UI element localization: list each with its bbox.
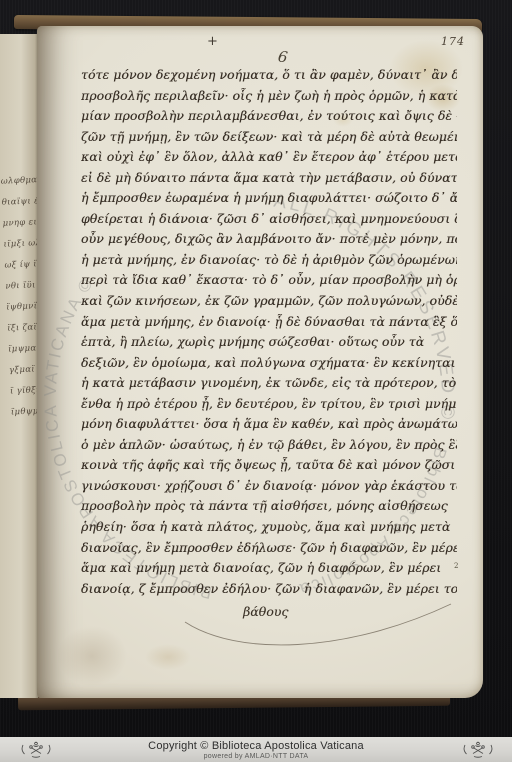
catchword: βάθους [243, 604, 288, 619]
manuscript-line: διανοίᾳ, ζ ἔμπροσθεν ἐδήλου· ζῶν ἡ διαφα… [81, 581, 457, 602]
facing-page-line: μνηφ ειλι [2, 217, 38, 240]
manuscript-line: γινώσκουσι· χρῄζουσι δ᾽ ἐν διανοίᾳ· μόνο… [81, 478, 457, 499]
manuscript-line: ζῶν τῇ μνήμῃ, ἓν τῶν δείξεων· καὶ τὰ μέρ… [81, 129, 457, 150]
manuscript-line: ἡ μετὰ μνήμης, ἐν διανοίας· τὸ δὲ ἡ ἀριθ… [81, 252, 457, 273]
top-cross-mark: + [207, 34, 218, 49]
paper-stain [57, 626, 127, 686]
facing-page-line: ϊμθψμι ε [11, 406, 38, 429]
manuscript-line: καὶ οὐχὶ ἐφ᾽ ἓν ὅλον, ἀλλὰ καθ᾽ ἓν ἕτερο… [81, 149, 457, 170]
facing-page-line: γξμαϊ ωι [9, 364, 38, 387]
manuscript-line: δεξιῶν, ἓν ὁμοίωμα, καὶ πολύγωνα σχήματα… [81, 355, 457, 376]
facing-page-line: θιαϊψι έ γ [2, 196, 38, 219]
facing-page-line: ϊψθμνϊ [6, 301, 38, 324]
facing-page-line: ϊξι ζαϊω ϊν [7, 322, 38, 345]
paper-stain [145, 644, 191, 670]
manuscript-line: εἰ δὲ μὴ δύναιτο πάντα ἅμα κατὰ τὴν μετά… [81, 170, 457, 191]
manuscript-line: οὖν μεγέθους, διχῶς ἂν λαμβάνοιτο ἄν· πο… [81, 231, 457, 252]
manuscript-line: περὶ τὰ ἴδια καθ᾽ ἕκαστα· τὸ δ᾽ οὖν, μία… [81, 272, 457, 293]
facing-page-line: ϊ γϊθξι λ [10, 385, 38, 408]
manuscript-line: ῥηθείη· ὅσα ἡ κατὰ πλάτος, χυμοὺς, ἅμα κ… [81, 519, 457, 540]
manuscript-line: διανοίας, ἓν ἔμπροσθεν ἐδήλωσε· ζῶν ἡ δι… [81, 540, 457, 561]
footer-powered-by-text: powered by AMLAD·NTT DATA [0, 753, 512, 760]
facing-page-text: ωλφθμαθιαϊψι έ γμνηφ ειλιιϊμξι ωλωξ ίψ ϊ… [0, 34, 38, 429]
manuscript-text-block: τότε μόνον δεχομένη νοήματα, ὅ τι ἂν φαμ… [81, 67, 457, 601]
manuscript-line: ἡ ἔμπροσθεν ἑωραμένα ἡ μνήμη διαφυλάττει… [81, 190, 457, 211]
manuscript-line: προσβολῆς περιλαβεῖν· οἷς ἡ μὲν ζωὴ ἡ πρ… [81, 88, 457, 109]
manuscript-line: κοινὰ τῆς ἁφῆς καὶ τῆς ὄψεως ᾖ, ταῦτα δὲ… [81, 457, 457, 478]
manuscript-line: ἅμα μετὰ μνήμης, ἐν διανοίᾳ· ᾗ δὲ δύνασθ… [81, 314, 457, 335]
manuscript-page: ALL RIGHTS RESERVED © Biblioteca Apostol… [37, 26, 483, 698]
manuscript-line: τότε μόνον δεχομένη νοήματα, ὅ τι ἂν φαμ… [81, 67, 457, 88]
manuscript-line: ἅμα καὶ μνήμῃ μετὰ διανοίας, ζῶν ἡ διαφό… [81, 560, 457, 581]
facing-page-sliver: ωλφθμαθιαϊψι έ γμνηφ ειλιιϊμξι ωλωξ ίψ ϊ… [0, 34, 38, 698]
folio-number: 174 [441, 35, 481, 48]
vatican-keys-emblem-icon [462, 739, 494, 760]
manuscript-line: ἔνθα ἡ πρὸ ἑτέρου ᾖ, ἓν δευτέρου, ἓν τρί… [81, 396, 457, 417]
manuscript-line: ὁ μὲν ἁπλῶν· ὡσαύτως, ἡ ἐν τῷ βάθει, ἓν … [81, 437, 457, 458]
facing-page-line: ϊμψμα ϊθ [8, 343, 38, 366]
manuscript-line: φθείρεται ἡ διάνοια· ζῶσι δ᾽ αἰσθήσει, κ… [81, 211, 457, 232]
copyright-footer-bar: Copyright © Biblioteca Apostolica Vatica… [0, 737, 512, 762]
manuscript-line: ἑπτὰ, ἢ πλείω, χωρὶς μνήμης σώζεσθαι· οὕ… [81, 334, 457, 355]
ink-flourish-mark: 6 [277, 47, 289, 66]
facing-page-line: ιϊμξι ωλ [3, 238, 38, 261]
facing-page-line: ωλφθμα [1, 175, 37, 198]
footer-copyright-text: Copyright © Biblioteca Apostolica Vatica… [0, 740, 512, 752]
facing-page-line: νθι ϊϋι ω [5, 280, 38, 303]
manuscript-line: προσβολὴν πρὸς τὰ πάντα τῇ αἰσθήσει, μόν… [81, 498, 457, 519]
manuscript-line: μίαν προσβολὴν περιλαμβάνεσθαι, ἐν τούτο… [81, 108, 457, 129]
manuscript-line: μόνη διαφυλάττει· ὅσα ἡ ἅμα ἓν καθέν, κα… [81, 416, 457, 437]
manuscript-line: ἡ κατὰ μετάβασιν γινομένη, ἐκ τῶνδε, εἰς… [81, 375, 457, 396]
manuscript-line: καὶ ζῶν κινήσεων, ἐκ ζῶν γραμμῶν, ζῶν πο… [81, 293, 457, 314]
facing-page-line: ωξ ίψ ϊν [4, 259, 38, 282]
